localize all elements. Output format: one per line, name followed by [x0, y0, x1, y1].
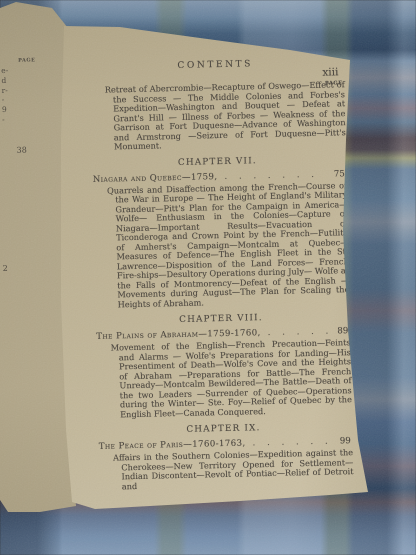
book-photo-scene: PAGE e- d r- - 9 - 38 2 CONTENTS xiii PA… [0, 0, 416, 555]
left-page-column-label: PAGE [18, 57, 35, 63]
chapter-heading: CHAPTER IX. [96, 421, 350, 437]
chapter-page-number: 99 [333, 436, 351, 446]
chapter-page-number: 75 [327, 169, 345, 179]
chapter-summary: Affairs in the Southern Colonies—Expedit… [113, 448, 354, 491]
chapter-summary-continued: Retreat of Abercrombie—Recapture of Oswe… [105, 80, 346, 152]
leader-dots: . . . . . [261, 327, 331, 339]
left-page-cutoff-text: e- d r- - 9 - [1, 66, 9, 125]
left-page-entry-number: 2 [3, 264, 8, 273]
chapter-heading: CHAPTER VII. [90, 154, 344, 170]
leader-dots: . . . . . . [246, 437, 333, 449]
chapter-title: Niagara and Quebec—1759, [93, 172, 218, 185]
page-title: CONTENTS [88, 50, 342, 73]
chapter-page-number: 89 [330, 326, 348, 336]
folio-number: xiii [322, 66, 338, 78]
page-column-label: PAGE [325, 80, 343, 86]
left-page-entry-number: 38 [17, 146, 27, 155]
chapter-summary: Movement of the English—French Precautio… [111, 338, 353, 419]
leader-dots: . . . . . . . [217, 169, 326, 181]
contents-page-text: CONTENTS xiii PAGE Retreat of Abercrombi… [88, 50, 352, 492]
chapter-summary: Quarrels and Disaffection among the Fren… [107, 181, 350, 310]
chapter-heading: CHAPTER VIII. [94, 311, 348, 327]
